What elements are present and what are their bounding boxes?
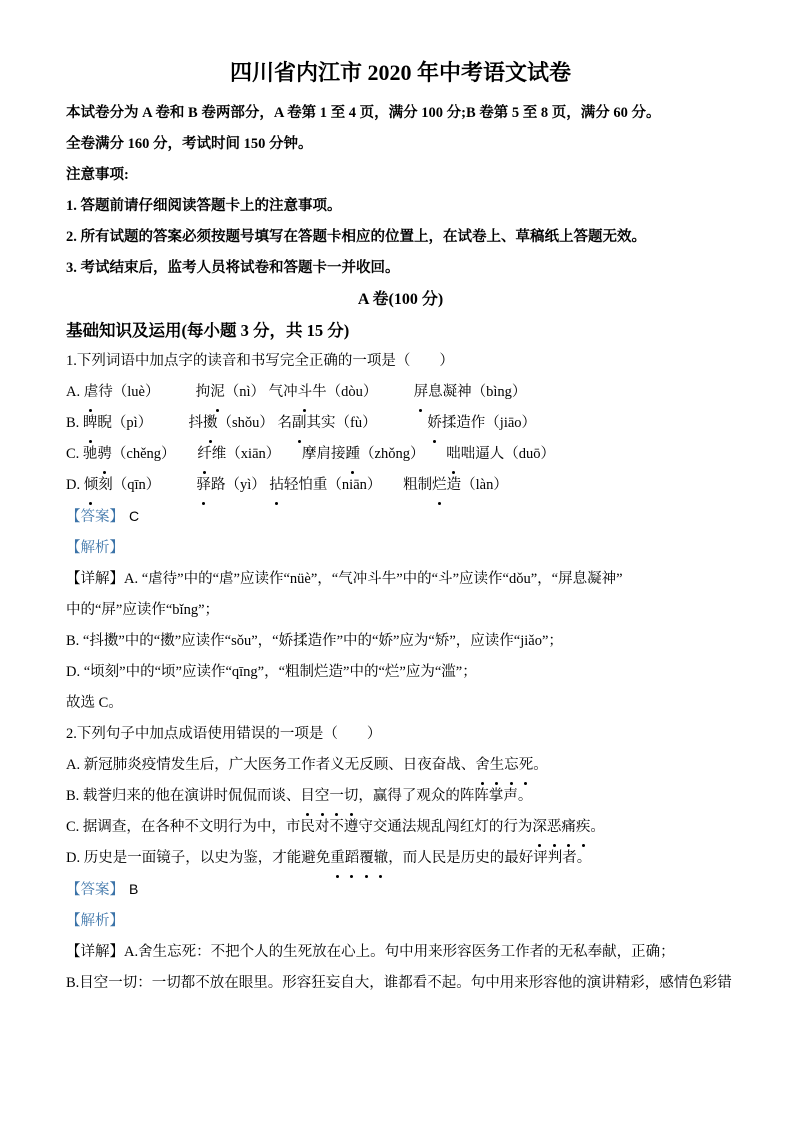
q1-option-d: D. 倾刻（qīn） 驿路（yì） 拈轻怕重（niān） 粗制烂造（làn） xyxy=(66,470,735,501)
q2-analysis-label: 【解析】 xyxy=(66,913,124,929)
section-a-subheading: 基础知识及运用(每小题 3 分，共 15 分) xyxy=(66,315,735,346)
q2-option-b: B. 载誉归来的他在演讲时侃侃而谈、目空一切，赢得了观众的阵阵掌声。 xyxy=(66,781,735,812)
q2-detail-label: 【详解】 xyxy=(66,944,124,960)
q1-detail-line-3: B. “抖擞”中的“擞”应读作“sǒu”，“娇揉造作”中的“娇”应为“矫”，应读… xyxy=(66,626,735,657)
q2-detail-line-1: 【详解】A.舍生忘死：不把个人的生死放在心上。句中用来形容医务工作者的无私奉献，… xyxy=(66,937,735,968)
q1-analysis-row: 【解析】 xyxy=(66,533,735,564)
notice-heading: 注意事项: xyxy=(66,160,735,191)
q2-answer-label: 【答案】 xyxy=(66,882,124,898)
q1-detail-line-2: 中的“屏”应读作“bǐng”； xyxy=(66,595,735,626)
exam-info-line-2: 全卷满分 160 分，考试时间 150 分钟。 xyxy=(66,129,735,160)
exam-title: 四川省内江市 2020 年中考语文试卷 xyxy=(66,52,735,94)
q1-detail-text-1: A. “虐待”中的“虐”应读作“nüè”，“气冲斗牛”中的“斗”应读作“dǒu”… xyxy=(124,571,623,587)
q2-stem: 2.下列句子中加点成语使用错误的一项是（ ） xyxy=(66,719,735,750)
q2-option-c: C. 据调查，在各种不文明行为中，市民对不遵守交通法规乱闯红灯的行为深恶痛疾。 xyxy=(66,812,735,843)
q1-option-a: A. 虐待（luè） 拘泥（nì） 气冲斗牛（dòu） 屏息凝神（bìng） xyxy=(66,377,735,408)
q2-option-d: D. 历史是一面镜子，以史为鉴，才能避免重蹈覆辙，而人民是历史的最好评判者。 xyxy=(66,843,735,874)
q2-detail-line-2: B.目空一切：一切都不放在眼里。形容狂妄自大，谁都看不起。句中用来形容他的演讲精… xyxy=(66,968,735,999)
notice-item-2: 2. 所有试题的答案必须按题号填写在答题卡相应的位置上，在试卷上、草稿纸上答题无… xyxy=(66,222,735,253)
notice-item-3: 3. 考试结束后，监考人员将试卷和答题卡一并收回。 xyxy=(66,253,735,284)
q1-detail-line-4: D. “顷刻”中的“顷”应读作“qīng”，“粗制烂造”中的“烂”应为“滥”； xyxy=(66,657,735,688)
q1-option-b: B. 睥睨（pì） 抖擞（shǒu） 名副其实（fù） 娇揉造作（jiāo） xyxy=(66,408,735,439)
q1-analysis-label: 【解析】 xyxy=(66,540,124,556)
exam-info-line-1: 本试卷分为 A 卷和 B 卷两部分，A 卷第 1 至 4 页，满分 100 分;… xyxy=(66,98,735,129)
q1-detail-line-1: 【详解】A. “虐待”中的“虐”应读作“nüè”，“气冲斗牛”中的“斗”应读作“… xyxy=(66,564,735,595)
q1-option-c: C. 驰骋（chěng） 纤维（xiān） 摩肩接踵（zhǒng） 咄咄逼人（d… xyxy=(66,439,735,470)
q1-answer-value: C xyxy=(129,508,139,524)
q2-answer-value: B xyxy=(129,881,138,897)
q2-analysis-row: 【解析】 xyxy=(66,906,735,937)
q1-detail-label: 【详解】 xyxy=(66,571,124,587)
q2-answer-row: 【答案】B xyxy=(66,874,735,906)
section-a-heading: A 卷(100 分) xyxy=(66,284,735,315)
notice-item-1: 1. 答题前请仔细阅读答题卡上的注意事项。 xyxy=(66,191,735,222)
q1-answer-label: 【答案】 xyxy=(66,509,124,525)
q2-detail-text-1: A.舍生忘死：不把个人的生死放在心上。句中用来形容医务工作者的无私奉献，正确； xyxy=(124,944,675,960)
q2-option-a: A. 新冠肺炎疫情发生后，广大医务工作者义无反顾、日夜奋战、舍生忘死。 xyxy=(66,750,735,781)
q1-stem: 1.下列词语中加点字的读音和书写完全正确的一项是（ ） xyxy=(66,346,735,377)
q1-answer-row: 【答案】C xyxy=(66,501,735,533)
q1-detail-conclusion: 故选 C。 xyxy=(66,688,735,719)
exam-paper-page: 四川省内江市 2020 年中考语文试卷 本试卷分为 A 卷和 B 卷两部分，A … xyxy=(0,0,793,1122)
